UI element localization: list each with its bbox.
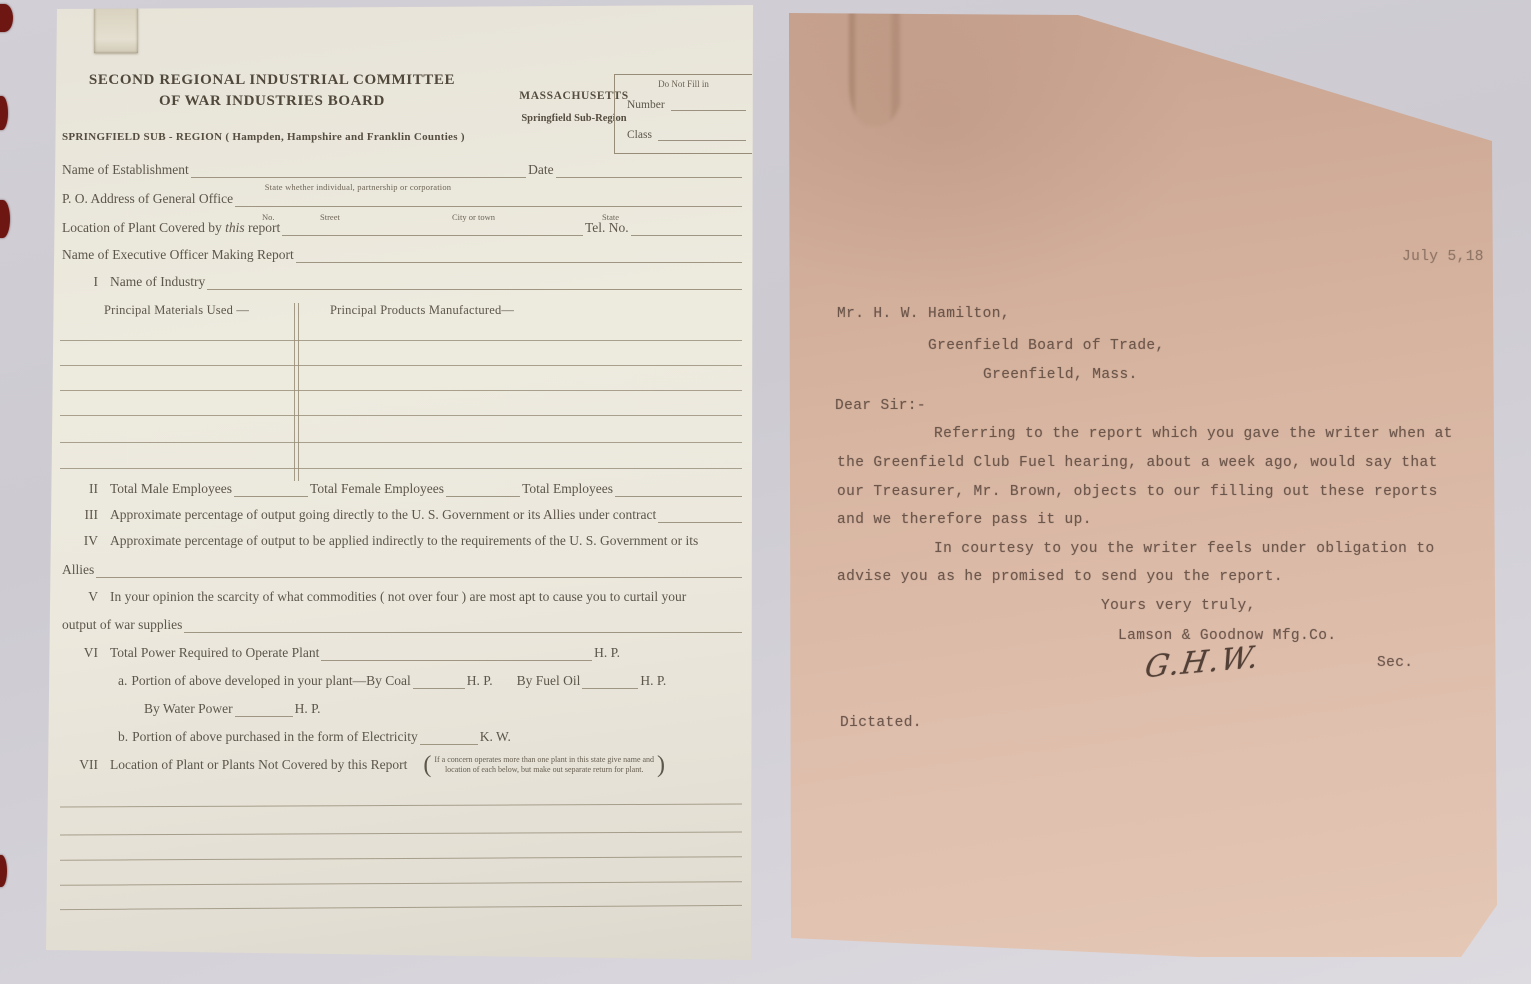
item-via-letter: a. (116, 673, 129, 689)
item-iii-blank (658, 508, 742, 523)
water-power-row: By Water Power H. P. (60, 697, 742, 717)
item-via-row: a. Portion of above developed in your pl… (60, 669, 742, 689)
class-label: Class (625, 129, 654, 141)
subregion-name: SPRINGFIELD SUB - REGION (62, 131, 222, 143)
male-employees-label: Total Male Employees (108, 481, 234, 497)
letter-company: Lamson & Goodnow Mfg.Co. (1118, 628, 1336, 644)
letter-body-line: the Greenfield Club Fuel hearing, about … (837, 455, 1438, 471)
item-iii-label: Approximate percentage of output going d… (108, 507, 658, 523)
do-not-fill-label: Do Not Fill in (615, 79, 752, 89)
item-i-blank (207, 275, 742, 290)
item-i-numeral: I (60, 274, 108, 290)
rule-line (60, 905, 742, 910)
hp-label: H. P. (465, 673, 495, 689)
item-v-numeral: V (60, 589, 108, 605)
item-vii-note-line2: location of each below, but make out sep… (445, 765, 644, 774)
table-rule-line (60, 468, 742, 469)
red-album-mark (0, 96, 8, 130)
letter-body-line: our Treasurer, Mr. Brown, objects to our… (837, 484, 1438, 500)
item-vib-letter: b. (116, 729, 130, 745)
po-address-blank (235, 192, 742, 207)
item-iv-cont-row: Allies (60, 558, 742, 578)
plant-location-pre: Location of Plant Covered by (62, 220, 222, 235)
executive-blank (296, 248, 742, 263)
subregion-heading: SPRINGFIELD SUB - REGION ( Hampden, Hamp… (62, 131, 465, 143)
allies-label: Allies (60, 562, 96, 578)
form-title-line2: OF WAR INDUSTRIES BOARD (62, 93, 482, 110)
date-label: Date (526, 162, 555, 178)
female-employees-label: Total Female Employees (308, 481, 446, 497)
item-vib-row: b. Portion of above purchased in the for… (60, 725, 742, 745)
item-iv-numeral: IV (60, 533, 108, 549)
establishment-row: Name of Establishment Date (60, 158, 742, 178)
item-vib-label: Portion of above purchased in the form o… (130, 729, 420, 745)
table-rule-line (60, 442, 742, 443)
tel-blank (631, 221, 742, 236)
item-iv-row: IV Approximate percentage of output to b… (60, 529, 742, 549)
tape-top-left-page (94, 7, 138, 53)
total-employees-blank (615, 482, 742, 497)
item-vii-row: VII Location of Plant or Plants Not Cove… (60, 750, 742, 780)
allies-blank (96, 563, 742, 578)
water-power-label: By Water Power (142, 701, 235, 717)
paren-open: ( (423, 754, 431, 776)
rule-line (60, 804, 742, 808)
table-rule-line (60, 415, 742, 416)
kw-label: K. W. (478, 729, 513, 745)
war-supplies-label: output of war supplies (60, 617, 184, 633)
subregion-counties: ( Hampden, Hampshire and Franklin Counti… (225, 131, 464, 143)
total-employees-label: Total Employees (520, 481, 615, 497)
executive-row: Name of Executive Officer Making Report (60, 243, 742, 263)
letter-closing: Yours very truly, (1101, 598, 1256, 614)
rule-line (60, 881, 742, 886)
item-v-label: In your opinion the scarcity of what com… (108, 589, 688, 605)
letter-org-city: Greenfield, Mass. (983, 367, 1138, 383)
red-album-mark (0, 4, 13, 32)
po-address-row: P. O. Address of General Office (60, 187, 742, 207)
letter-body-line: Referring to the report which you gave t… (934, 426, 1453, 442)
po-address-label: P. O. Address of General Office (60, 191, 235, 207)
female-employees-blank (446, 482, 520, 497)
establishment-label: Name of Establishment (60, 162, 191, 178)
letter-addressee: Mr. H. W. Hamilton, (837, 306, 1010, 322)
signature-handwritten: G.H.W. (1142, 640, 1262, 686)
tape-top-right-page (849, 8, 905, 126)
water-power-blank (235, 702, 293, 717)
coal-blank (413, 674, 465, 689)
red-album-mark (0, 200, 10, 238)
table-rule-line (60, 340, 742, 341)
item-vii-numeral: VII (60, 757, 108, 773)
typewritten-letter-page: July 5,18 Mr. H. W. Hamilton, Greenfield… (783, 8, 1500, 966)
establishment-blank (191, 163, 526, 178)
hp-label: H. P. (638, 673, 668, 689)
item-v-row: V In your opinion the scarcity of what c… (60, 585, 742, 605)
table-rule-line (60, 390, 742, 391)
number-blank (671, 96, 746, 111)
rule-line (60, 832, 742, 836)
item-i-row: I Name of Industry (60, 270, 742, 290)
fuel-oil-label: By Fuel Oil (515, 673, 583, 689)
war-industries-form-page: SECOND REGIONAL INDUSTRIAL COMMITTEE OF … (38, 2, 760, 964)
date-blank (556, 163, 742, 178)
plant-location-row: Location of Plant Covered by this report… (60, 216, 742, 236)
item-vii-note: If a concern operates more than one plan… (431, 755, 657, 776)
item-v-cont-row: output of war supplies (60, 613, 742, 633)
item-i-label: Name of Industry (108, 274, 207, 290)
fuel-oil-blank (582, 674, 638, 689)
letter-sec: Sec. (1377, 655, 1413, 671)
plant-location-post: report (248, 220, 280, 235)
plant-location-blank (282, 221, 583, 236)
item-vi-numeral: VI (60, 645, 108, 661)
total-power-blank (321, 646, 592, 661)
paren-close: ) (657, 754, 665, 776)
item-iii-numeral: III (60, 507, 108, 523)
form-title-line1: SECOND REGIONAL INDUSTRIAL COMMITTEE (62, 72, 482, 89)
letter-body-line: In courtesy to you the writer feels unde… (934, 541, 1435, 557)
item-vi-row: VI Total Power Required to Operate Plant… (60, 641, 742, 661)
tel-label: Tel. No. (583, 220, 631, 236)
red-album-mark (0, 855, 7, 887)
class-blank (658, 126, 746, 141)
number-label: Number (625, 99, 667, 111)
materials-header: Principal Materials Used — (104, 303, 249, 318)
war-supplies-blank (184, 618, 742, 633)
form-title: SECOND REGIONAL INDUSTRIAL COMMITTEE OF … (62, 72, 482, 110)
letter-salutation: Dear Sir:- (835, 398, 926, 414)
hp-label: H. P. (592, 645, 622, 661)
item-ii-numeral: II (60, 481, 108, 497)
item-vii-note-line1: If a concern operates more than one plan… (434, 755, 654, 764)
item-vii-label: Location of Plant or Plants Not Covered … (108, 757, 409, 773)
male-employees-blank (234, 482, 308, 497)
item-iii-row: III Approximate percentage of output goi… (60, 503, 742, 523)
letter-body-line: advise you as he promised to send you th… (837, 569, 1283, 585)
executive-label: Name of Executive Officer Making Report (60, 247, 296, 263)
item-iv-label: Approximate percentage of output to be a… (108, 533, 700, 549)
table-rule-line (60, 365, 742, 366)
photo-background: SECOND REGIONAL INDUSTRIAL COMMITTEE OF … (0, 0, 1531, 984)
plant-location-this: this (225, 220, 245, 235)
letter-body-line: and we therefore pass it up. (837, 512, 1092, 528)
plant-location-label: Location of Plant Covered by this report (60, 220, 282, 236)
hp-label: H. P. (293, 701, 323, 717)
letter-org: Greenfield Board of Trade, (928, 338, 1165, 354)
rule-line (60, 856, 742, 861)
letter-dictated: Dictated. (840, 715, 922, 731)
do-not-fill-box: Do Not Fill in Number Class (614, 74, 752, 154)
products-header: Principal Products Manufactured— (330, 303, 514, 318)
electricity-blank (420, 730, 478, 745)
letter-date: July 5,18 (1402, 249, 1484, 265)
table-divider (294, 303, 299, 481)
item-via-label: Portion of above developed in your plant… (129, 673, 412, 689)
item-vi-label: Total Power Required to Operate Plant (108, 645, 321, 661)
item-ii-row: II Total Male Employees Total Female Emp… (60, 477, 742, 497)
